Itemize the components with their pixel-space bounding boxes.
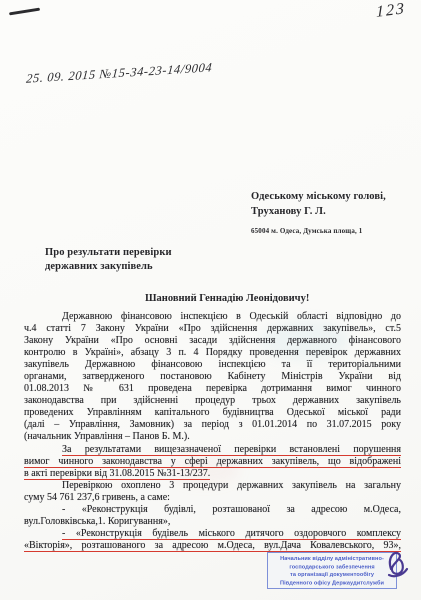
text-line: законодавства при здійсненні процедур тр… [24,395,401,407]
text-line: ч.4 статті 7 Закону України «Про здійсне… [24,323,401,335]
subject-line-2: державних закупівель [45,260,172,274]
red-underlined-list-line: - «Реконструкція будівель міського дитяч… [24,528,401,540]
text-line: 01.08.2013 № 631 проведена перевірка дот… [24,383,401,395]
list-item-line: вул.Головківська,1. Коригування», [24,516,401,528]
addressee-address: 65004 м. Одеса, Думська площа, 1 [251,227,386,236]
subject-block: Про результати перевірки державних закуп… [45,246,172,274]
text-line: Державною фінансовою інспекцією в Одеськ… [24,311,401,323]
salutation: Шановний Геннадію Леонідовичу! [145,293,309,304]
text-line: Закону України «Про основні засади здійс… [24,335,401,347]
text-line: контролю в Україні», абзацу 3 п. 4 Поряд… [24,347,401,359]
list-item-line: - «Реконструкція будівлі, розташованої з… [24,504,401,516]
stamp-line: Південного офісу Держаудитслужби [268,579,396,587]
handwritten-registration-number: 25. 09. 2015 №15-34-23-14/9004 [26,60,213,86]
pen-dash-mark [9,8,40,15]
red-underlined-line: вимог чинного законодавства у сфері держ… [24,456,401,468]
text-line: (начальник Управління – Панов Б. М.). [24,431,401,443]
text-line: (далі – Управління, Замовник) за період … [24,419,401,431]
stamp-line: господарського забезпечення [268,562,396,570]
text-line: закупівель Державною фінансовою інспекці… [24,359,401,371]
scanned-letter-page: 123 25. 09. 2015 №15-34-23-14/9004 Одесь… [0,0,421,600]
text-line: проведених Управлінням капітального буді… [24,407,401,419]
office-stamp-text: Начальник відділу адміністративно- госпо… [268,553,396,587]
red-underlined-list-line: «Вікторія», розташованого за адресою м.О… [24,540,401,552]
red-underlined-line: в акті перевірки від 31.08.2015 №31-13/2… [24,468,401,480]
addressee-block: Одеському міському голові, Труханову Г. … [251,189,386,236]
signature-scribble-icon [383,547,411,581]
stamp-line: та організації документообігу [268,571,396,579]
letter-body: Державною фінансовою інспекцією в Одеськ… [24,311,401,552]
text-line: суму 54 761 237,6 гривень, а саме: [24,492,401,504]
addressee-title: Одеському міському голові, [251,189,386,204]
addressee-name: Труханову Г. Л. [251,204,386,219]
red-underlined-line: За результатами вищезазначеної перевірки… [24,444,401,456]
text-line: Перевіркою охоплено 3 процедури державни… [24,480,401,492]
handwritten-page-number: 123 [376,0,406,22]
text-line: органами, затвердженого постановою Кабін… [24,371,401,383]
subject-line-1: Про результати перевірки [45,246,172,260]
office-stamp: Начальник відділу адміністративно- госпо… [267,552,397,589]
stamp-line: Начальник відділу адміністративно- [268,554,396,562]
